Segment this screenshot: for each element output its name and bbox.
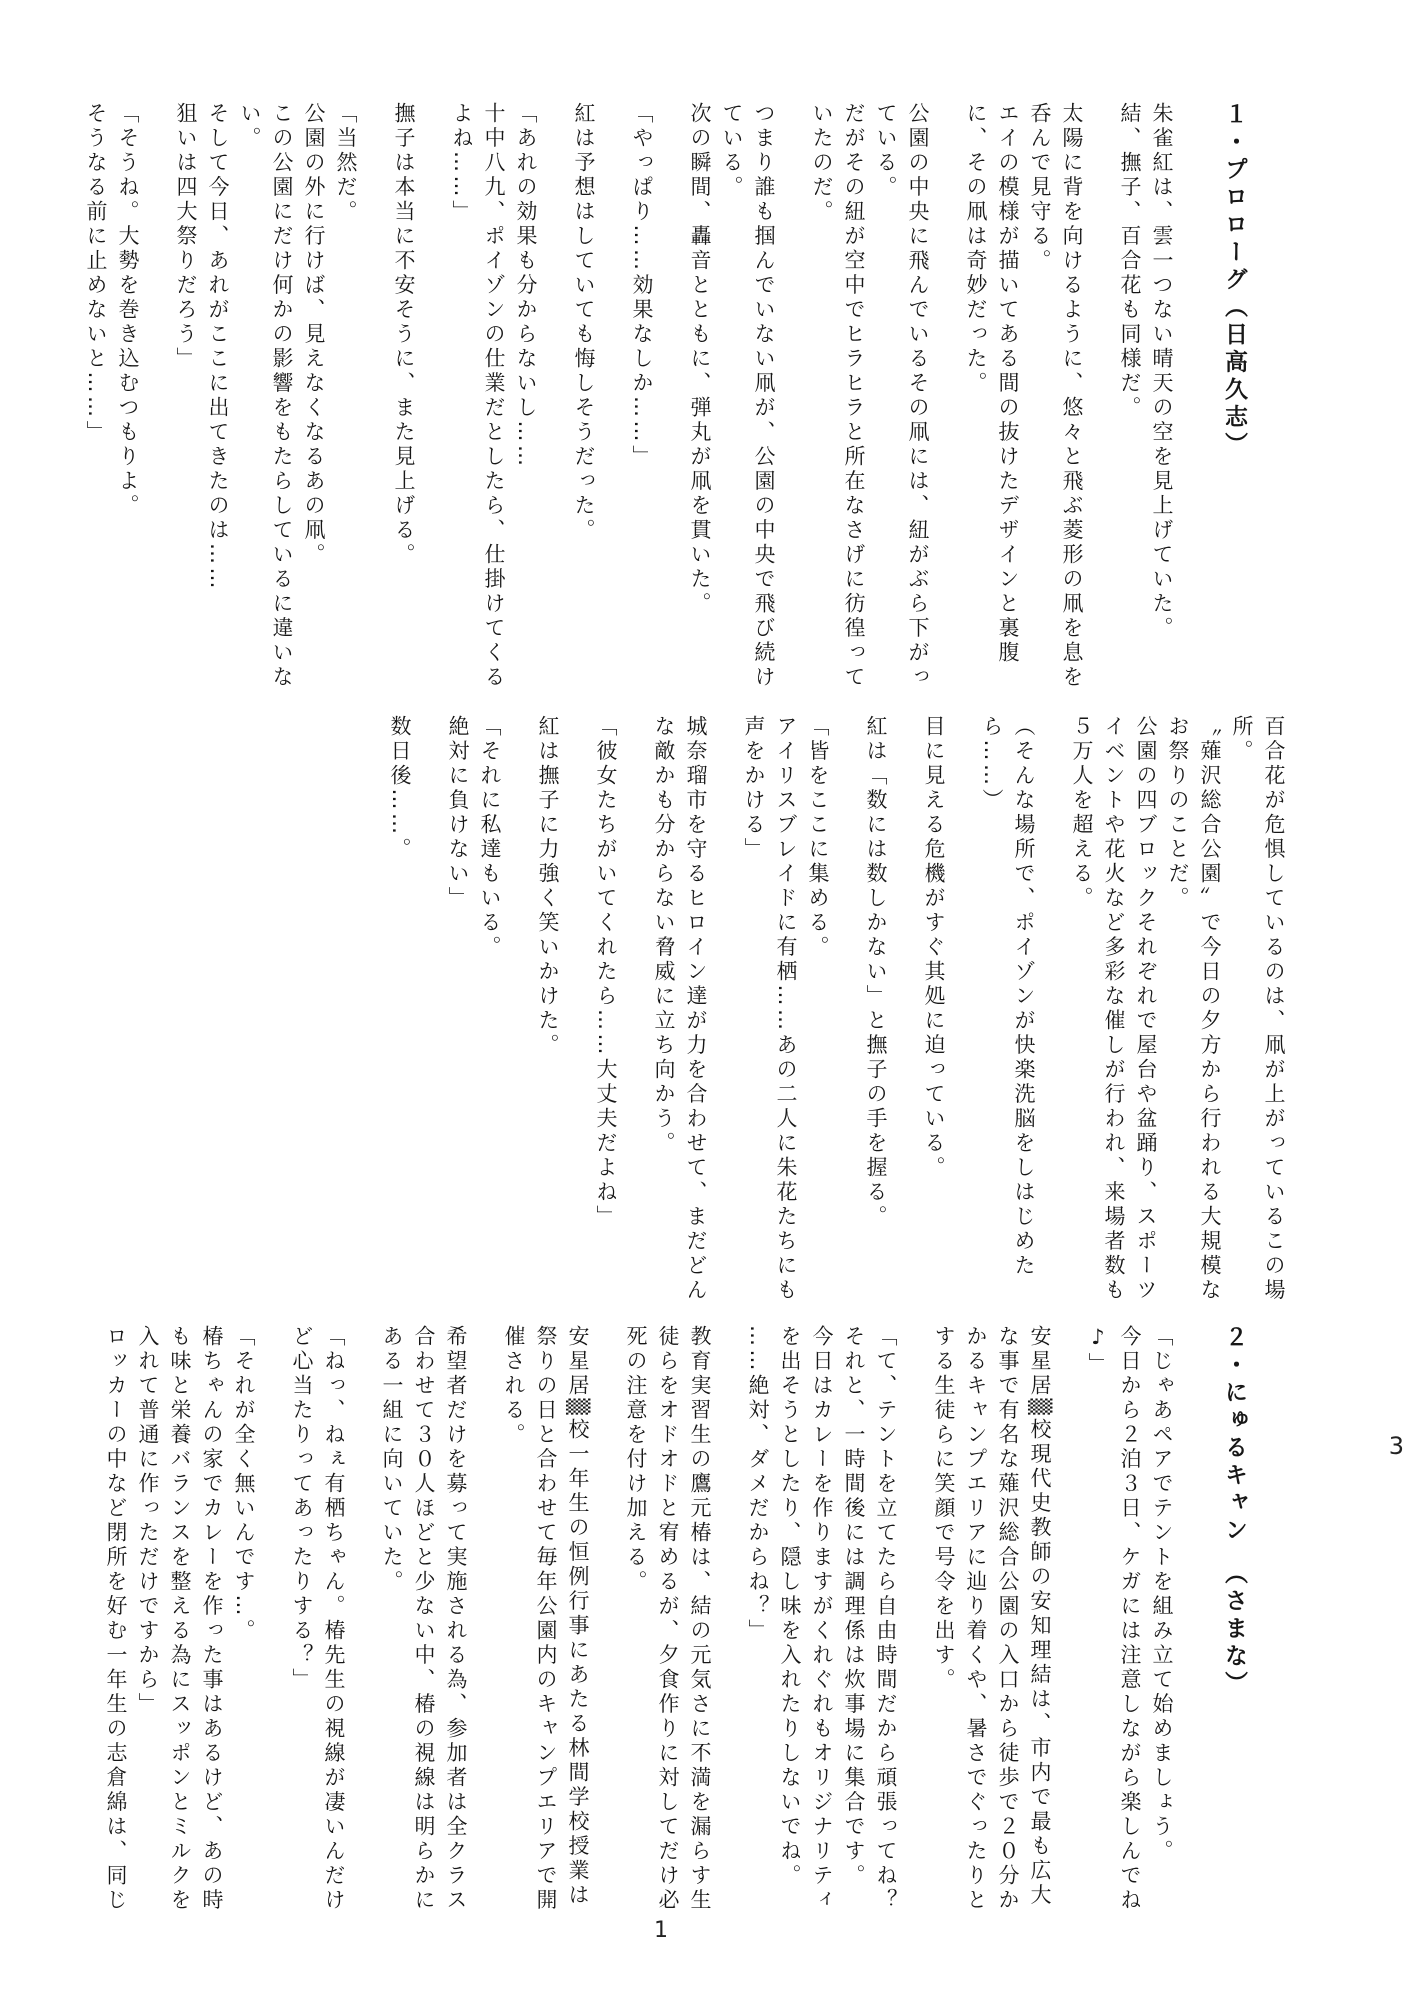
paragraph-line: 〝薙沢総合公園〟で今日の夕方から行われる大規模なお祭りのことだ。 bbox=[1162, 715, 1226, 1310]
paragraph-line: そうなる前に止めないと……」 bbox=[80, 102, 112, 697]
paragraph-line: 十中八九、ポイゾンの仕業だとしたら、仕掛けてくるよね……」 bbox=[446, 102, 510, 697]
paragraph-line: 次の瞬間、轟音とともに、弾丸が凧を貫いた。 bbox=[684, 102, 716, 697]
paragraph-line: 太陽に背を向けるように、悠々と飛ぶ菱形の凧を息を呑んで見守る。 bbox=[1024, 102, 1088, 697]
paragraph-line: 「て、テントを立てたら自由時間だから頑張ってね？それと、一時間後には調理係は炊事… bbox=[838, 1325, 902, 1920]
paragraph-line: 今日はカレーを作りますがくれぐれもオリジナリティを出そうとしたり、隠し味を入れた… bbox=[774, 1325, 838, 1920]
paragraph-line bbox=[542, 102, 568, 697]
paragraph-line: 安星居▒校一年生の恒例行事にあたる林間学校授業は祭りの日と合わせて毎年公園内のキ… bbox=[498, 1325, 594, 1920]
section-1-part-b: 百合花が危惧しているのは、凧が上がっているこの場所。〝薙沢総合公園〟で今日の夕方… bbox=[384, 715, 1290, 1310]
paragraph-line bbox=[594, 1325, 620, 1920]
inner-page-number: 1 bbox=[654, 1918, 668, 1943]
paragraph-line bbox=[622, 715, 648, 1310]
section-1-part-a: １・プロローグ（日高久志） 朱雀紅は、雲一つない晴天の空を見上げていた。結、撫子… bbox=[80, 102, 1290, 697]
paragraph-line: 「そうね。大勢を巻き込むつもりよ。 bbox=[112, 102, 144, 697]
paragraph-line: 紅は予想はしていても悔しそうだった。 bbox=[568, 102, 600, 697]
paragraph-line: 紅は「数には数しかない」と撫子の手を握る。 bbox=[860, 715, 892, 1310]
scanned-novel-page: １・プロローグ（日高久志） 朱雀紅は、雲一つない晴天の空を見上げていた。結、撫子… bbox=[0, 0, 1416, 2000]
paragraph-line bbox=[416, 715, 442, 1310]
paragraph-line: この公園にだけ何かの影響をもたらしているに違いない。 bbox=[234, 102, 298, 697]
paragraph-line bbox=[506, 715, 532, 1310]
paragraph-line: 紅は撫子に力強く笑いかけた。 bbox=[532, 715, 564, 1310]
section-2: ２・にゅるキャン （さまな） 「じゃあペアでテントを組み立て始めましょう。今日か… bbox=[100, 1325, 1290, 1920]
paragraph-line: 教育実習生の鷹元椿は、結の元気さに不満を漏らす生徒らをオドオドと宥めるが、夕食作… bbox=[620, 1325, 716, 1920]
paragraph-line: 城奈瑠市を守るヒロイン達が力を合わせて、まだどんな敵かも分からない脅威に立ち向か… bbox=[648, 715, 712, 1310]
paragraph-line: 公園の四ブロックそれぞれで屋台や盆踊り、スポーツイベントや花火など多彩な催しが行… bbox=[1066, 715, 1162, 1310]
paragraph-line: 狙いは四大祭りだろう」 bbox=[170, 102, 202, 697]
section-2-text: 「じゃあペアでテントを組み立て始めましょう。今日から２泊３日、ケガには注意しなが… bbox=[100, 1325, 1178, 1920]
paragraph-line: 百合花が危惧しているのは、凧が上がっているこの場所。 bbox=[1226, 715, 1290, 1310]
paragraph-line: エイの模様が描いてある間の抜けたデザインと裏腹に、その凧は奇妙だった。 bbox=[960, 102, 1024, 697]
paragraph-line: つまり誰も掴んでいない凧が、公園の中央で飛び続けている。 bbox=[716, 102, 780, 697]
section-1-part-a-text: 朱雀紅は、雲一つない晴天の空を見上げていた。結、撫子、百合花も同様だ。太陽に背を… bbox=[80, 102, 1178, 697]
paragraph-line bbox=[260, 1325, 286, 1920]
paragraph-line bbox=[780, 102, 806, 697]
paragraph-line: 「皆をここに集める。 bbox=[802, 715, 834, 1310]
paragraph-line bbox=[950, 715, 976, 1310]
paragraph-line bbox=[420, 102, 446, 697]
paragraph-line: ロッカーの中など閉所を好む一年生の志倉綿は、同じ bbox=[100, 1325, 132, 1920]
paragraph-line bbox=[564, 715, 590, 1310]
paragraph-line bbox=[1056, 1325, 1082, 1920]
outer-page-number: 3 bbox=[1389, 1432, 1404, 1460]
paragraph-line bbox=[892, 715, 918, 1310]
paragraph-line: 撫子は本当に不安そうに、また見上げる。 bbox=[388, 102, 420, 697]
paragraph-line: 「やっぱり……効果なしか……」 bbox=[626, 102, 658, 697]
paragraph-line: ……絶対、ダメだからね？」 bbox=[742, 1325, 774, 1920]
paragraph-line: 希望者だけを募って実施される為、参加者は全クラス合わせて３０人ほどと少ない中、椿… bbox=[376, 1325, 472, 1920]
paragraph-line: 「彼女たちがいてくれたら……大丈夫だよね」 bbox=[590, 715, 622, 1310]
paragraph-line: そして今日、あれがここに出てきたのは…… bbox=[202, 102, 234, 697]
paragraph-line bbox=[934, 102, 960, 697]
paragraph-line: 目に見える危機がすぐ其処に迫っている。 bbox=[918, 715, 950, 1310]
paragraph-line bbox=[472, 1325, 498, 1920]
paragraph-line: 「じゃあペアでテントを組み立て始めましょう。 bbox=[1146, 1325, 1178, 1920]
paragraph-line: 絶対に負けない」 bbox=[442, 715, 474, 1310]
paragraph-line bbox=[362, 102, 388, 697]
paragraph-line bbox=[658, 102, 684, 697]
paragraph-line bbox=[350, 1325, 376, 1920]
paragraph-line: 公園の外に行けば、見えなくなるあの凧。 bbox=[298, 102, 330, 697]
section-1-title: １・プロローグ（日高久志） bbox=[1214, 102, 1254, 697]
section-2-title: ２・にゅるキャン （さまな） bbox=[1214, 1325, 1254, 1920]
paragraph-line: アイリスブレイドに有栖……あの二人に朱花たちにも声をかける」 bbox=[738, 715, 802, 1310]
paragraph-line: 「ねっ、ねぇ有栖ちゃん。椿先生の視線が凄いんだけど心当たりってあったりする？」 bbox=[286, 1325, 350, 1920]
paragraph-line: 「それに私達もいる。 bbox=[474, 715, 506, 1310]
section-1-part-b-text: 百合花が危惧しているのは、凧が上がっているこの場所。〝薙沢総合公園〟で今日の夕方… bbox=[384, 715, 1290, 1310]
paragraph-line: 結、撫子、百合花も同様だ。 bbox=[1114, 102, 1146, 697]
paragraph-line: 安星居▒校現代史教師の安知理結は、市内で最も広大な事で有名な薙沢総合公園の入口か… bbox=[928, 1325, 1056, 1920]
paragraph-line: 「あれの効果も分からないし…… bbox=[510, 102, 542, 697]
paragraph-line: （そんな場所で、ポイゾンが快楽洗脳をしはじめたら……） bbox=[976, 715, 1040, 1310]
paragraph-line bbox=[1040, 715, 1066, 1310]
paragraph-line: だがその紐が空中でヒラヒラと所在なさげに彷徨っていたのだ。 bbox=[806, 102, 870, 697]
paragraph-line bbox=[834, 715, 860, 1310]
paragraph-line bbox=[144, 102, 170, 697]
paragraph-line: 椿ちゃんの家でカレーを作った事はあるけど、あの時も味と栄養バランスを整える為にス… bbox=[132, 1325, 228, 1920]
paragraph-line: 「当然だ。 bbox=[330, 102, 362, 697]
paragraph-line bbox=[712, 715, 738, 1310]
paragraph-line: 今日から２泊３日、ケガには注意しながら楽しんでね♪」 bbox=[1082, 1325, 1146, 1920]
paragraph-line bbox=[1088, 102, 1114, 697]
paragraph-line: 数日後……。 bbox=[384, 715, 416, 1310]
paragraph-line bbox=[902, 1325, 928, 1920]
paragraph-line bbox=[600, 102, 626, 697]
paragraph-line: 朱雀紅は、雲一つない晴天の空を見上げていた。 bbox=[1146, 102, 1178, 697]
paragraph-line: 「それが全く無いんです…。 bbox=[228, 1325, 260, 1920]
paragraph-line: 公園の中央に飛んでいるその凧には、紐がぶら下がっている。 bbox=[870, 102, 934, 697]
paragraph-line bbox=[716, 1325, 742, 1920]
